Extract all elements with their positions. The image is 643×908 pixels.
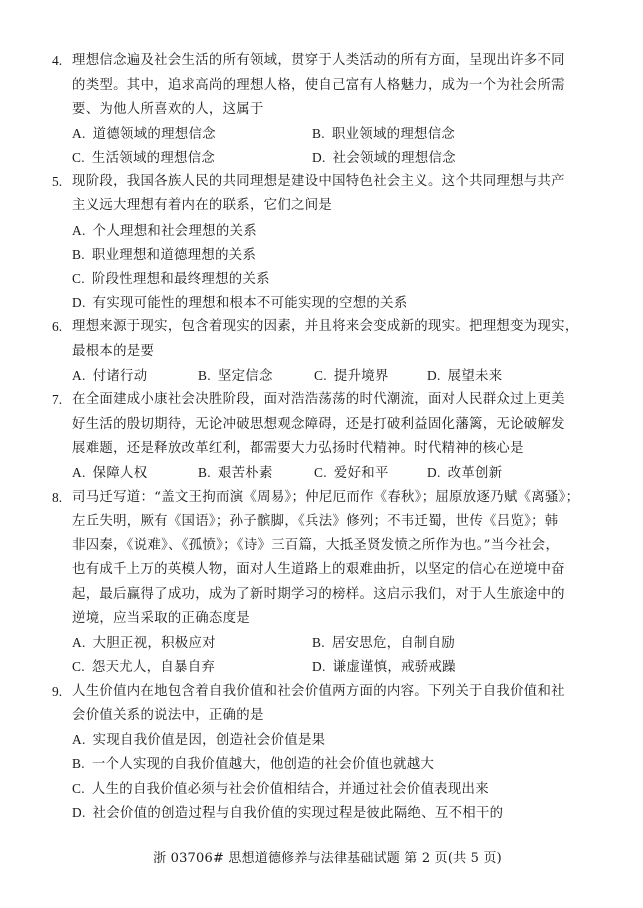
question-text-line: 的类型。其中，追求高尚的理想人格，使自己富有人格魅力，成为一个为社会所需	[72, 77, 562, 95]
option-d: D.社会领域的理想信念	[312, 149, 456, 168]
option-label: C.	[314, 368, 327, 383]
question-text-line: 人生价值内在地包含着自我价值和社会价值两方面的内容。下列关于自我价值和社	[72, 683, 562, 701]
option-label: D.	[72, 805, 86, 820]
question-number: 6.	[52, 318, 62, 336]
option-b: B.一个人实现的自我价值越大，他创造的社会价值也就越大	[72, 755, 434, 774]
option-d: D.有实现可能性的理想和根本不可能实现的空想的关系	[72, 294, 408, 313]
option-text: 有实现可能性的理想和根本不可能实现的空想的关系	[93, 296, 408, 311]
option-label: D.	[72, 295, 86, 310]
option-label: B.	[312, 635, 325, 650]
option-label: A.	[72, 732, 86, 747]
question-text-line: 主义远大理想有着内在的联系，它们之间是	[72, 197, 562, 215]
option-a: A.保障人权	[72, 464, 147, 483]
page-footer: 浙 03706# 思想道德修养与法律基础试题 第 2 页(共 5 页)	[0, 850, 643, 868]
option-text: 人生的自我价值必须与社会价值相结合，并通过社会价值表现出来	[92, 782, 489, 797]
option-label: B.	[72, 756, 85, 771]
option-label: A.	[72, 368, 86, 383]
option-label: A.	[72, 126, 86, 141]
option-a: A.道德领域的理想信念	[72, 125, 216, 144]
option-text: 道德领域的理想信念	[93, 127, 216, 142]
option-c: C.爱好和平	[314, 464, 389, 483]
option-c: C.生活领域的理想信念	[72, 149, 215, 168]
option-a: A.大胆正视，积极应对	[72, 634, 216, 653]
option-label: A.	[72, 223, 86, 238]
option-label: A.	[72, 635, 86, 650]
option-label: D.	[427, 368, 441, 383]
option-text: 实现自我价值是因，创造社会价值是果	[93, 733, 326, 748]
option-d: D.谦虚谨慎，戒骄戒躁	[312, 658, 456, 677]
question-number: 5.	[52, 173, 62, 191]
question-text-line: 展难题，还是释放改革红利，都需要大力弘扬时代精神。时代精神的核心是	[72, 440, 562, 458]
option-b: B.艰苦朴素	[198, 464, 273, 483]
question-number: 7.	[52, 391, 62, 409]
option-text: 社会领域的理想信念	[333, 151, 456, 166]
question-text-line: 起，最后赢得了成功，成为了新时期学习的榜样。这启示我们，对于人生旅途中的	[72, 586, 562, 604]
option-label: C.	[314, 465, 327, 480]
question-text-line: 逆境，应当采取的正确态度是	[72, 610, 562, 628]
question-text-line: 非囚秦，《说难》、《孤愤》；《诗》三百篇，大抵圣贤发愤之所作为也。”当今社会，	[72, 537, 562, 555]
question-text-line: 好生活的殷切期待，无论冲破思想观念障碍，还是打破利益固化藩篱，无论破解发	[72, 416, 562, 434]
exam-page: 4. 理想信念遍及社会生活的所有领域，贯穿于人类活动的所有方面，呈现出许多不同 …	[0, 0, 643, 908]
question-number: 9.	[52, 683, 62, 701]
option-a: A.付诸行动	[72, 367, 147, 386]
option-label: D.	[312, 150, 326, 165]
option-c: C.人生的自我价值必须与社会价值相结合，并通过社会价值表现出来	[72, 780, 489, 799]
question-text-line: 最根本的是要	[72, 343, 562, 361]
question-number: 4.	[52, 52, 62, 70]
option-c: C.阶段性理想和最终理想的关系	[72, 270, 270, 289]
question-text-line: 理想来源于现实，包含着现实的因素，并且将来会变成新的现实。把理想变为现实，	[72, 318, 562, 336]
question-text-line: 司马迁写道：“盖文王拘而演《周易》；仲尼厄而作《春秋》；屈原放逐乃赋《离骚》；	[72, 489, 562, 507]
option-text: 提升境界	[334, 369, 389, 384]
option-label: B.	[198, 465, 211, 480]
option-text: 保障人权	[93, 466, 148, 481]
option-label: C.	[72, 659, 85, 674]
option-label: D.	[427, 465, 441, 480]
option-label: A.	[72, 465, 86, 480]
question-text-line: 左丘失明，厥有《国语》；孙子髌脚，《兵法》修列；不韦迁蜀，世传《吕览》；韩	[72, 513, 562, 531]
option-text: 居安思危，自制自励	[332, 636, 455, 651]
option-text: 一个人实现的自我价值越大，他创造的社会价值也就越大	[92, 757, 434, 772]
option-b: B.坚定信念	[198, 367, 273, 386]
option-label: C.	[72, 150, 85, 165]
question-text-line: 会价值关系的说法中，正确的是	[72, 707, 562, 725]
option-d: D.社会价值的创造过程与自我价值的实现过程是彼此隔绝、互不相干的	[72, 804, 503, 823]
option-text: 展望未来	[448, 369, 503, 384]
option-b: B.职业理想和道德理想的关系	[72, 246, 256, 265]
option-b: B.居安思危，自制自励	[312, 634, 455, 653]
option-a: A.个人理想和社会理想的关系	[72, 222, 257, 241]
option-label: B.	[72, 247, 85, 262]
option-text: 阶段性理想和最终理想的关系	[92, 272, 270, 287]
option-a: A.实现自我价值是因，创造社会价值是果	[72, 731, 325, 750]
option-b: B.职业领域的理想信念	[312, 125, 455, 144]
option-d: D.改革创新	[427, 464, 502, 483]
option-text: 付诸行动	[93, 369, 148, 384]
option-text: 爱好和平	[334, 466, 389, 481]
question-text-line: 在全面建成小康社会决胜阶段，面对浩浩荡荡的时代潮流，面对人民群众过上更美	[72, 391, 562, 409]
option-text: 坚定信念	[218, 369, 273, 384]
option-label: D.	[312, 659, 326, 674]
option-text: 职业理想和道德理想的关系	[92, 248, 256, 263]
option-label: C.	[72, 271, 85, 286]
option-text: 个人理想和社会理想的关系	[93, 224, 257, 239]
option-label: C.	[72, 781, 85, 796]
option-label: B.	[312, 126, 325, 141]
question-number: 8.	[52, 489, 62, 507]
option-text: 生活领域的理想信念	[92, 151, 215, 166]
option-text: 大胆正视，积极应对	[93, 636, 216, 651]
option-c: C.怨天尤人，自暴自弃	[72, 658, 215, 677]
option-text: 艰苦朴素	[218, 466, 273, 481]
question-text-line: 也有成千上万的英模人物，面对人生道路上的艰难曲折，以坚定的信心在逆境中奋	[72, 561, 562, 579]
option-text: 谦虚谨慎，戒骄戒躁	[333, 660, 456, 675]
option-text: 社会价值的创造过程与自我价值的实现过程是彼此隔绝、互不相干的	[93, 806, 504, 821]
option-d: D.展望未来	[427, 367, 502, 386]
option-text: 职业领域的理想信念	[332, 127, 455, 142]
question-text-line: 理想信念遍及社会生活的所有领域，贯穿于人类活动的所有方面，呈现出许多不同	[72, 52, 562, 70]
option-label: B.	[198, 368, 211, 383]
option-text: 改革创新	[448, 466, 503, 481]
option-c: C.提升境界	[314, 367, 389, 386]
question-text-line: 现阶段，我国各族人民的共同理想是建设中国特色社会主义。这个共同理想与共产	[72, 173, 562, 191]
option-text: 怨天尤人，自暴自弃	[92, 660, 215, 675]
question-text-line: 要、为他人所喜欢的人，这属于	[72, 101, 562, 119]
